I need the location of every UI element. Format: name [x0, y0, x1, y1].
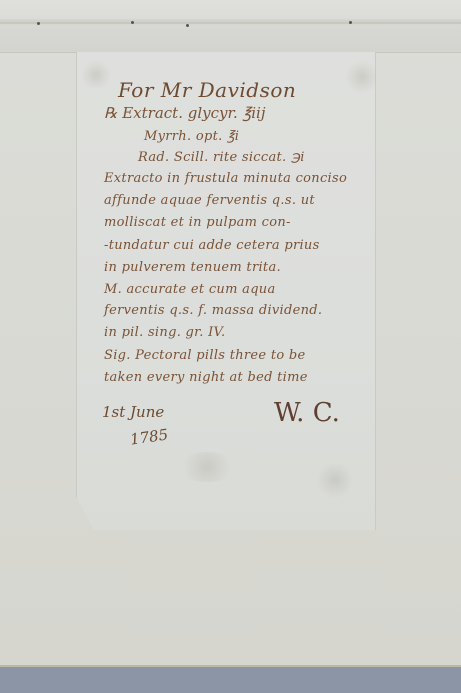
instruction-line: ferventis q.s. f. massa dividend.: [104, 303, 322, 318]
pin-hole: [186, 24, 189, 27]
pin-hole: [131, 21, 134, 24]
heading: For Mr Davidson: [118, 78, 296, 102]
stain: [81, 60, 111, 90]
instruction-line: molliscat et in pulpam con-: [104, 215, 291, 230]
fold-line: [0, 22, 461, 24]
instruction-line: Extracto in frustula minuta conciso: [104, 171, 347, 186]
ingredient-line: Myrrh. opt. ℥i: [144, 129, 239, 144]
pin-hole: [349, 21, 352, 24]
signature: W. C.: [274, 398, 340, 428]
ingredient-line: Extract. glycyr. ℥iij: [122, 104, 265, 122]
stain: [345, 60, 379, 94]
signa-line: taken every night at bed time: [104, 370, 308, 385]
backing-board: [0, 665, 461, 693]
rx-line: ℞ Extract. glycyr. ℥iij: [104, 104, 265, 122]
top-fold: [0, 0, 461, 53]
signa-line: Sig. Pectoral pills three to be: [104, 348, 306, 363]
date-day: 1st June: [102, 403, 164, 421]
stain: [177, 452, 237, 482]
instruction-line: M. accurate et cum aqua: [104, 282, 276, 297]
instruction-line: -tundatur cui adde cetera prius: [104, 238, 320, 253]
pin-hole: [37, 22, 40, 25]
rx-symbol: ℞: [104, 104, 117, 122]
stain: [317, 462, 353, 498]
instruction-line: affunde aquae ferventis q.s. ut: [104, 193, 315, 208]
instruction-line: in pulverem tenuem trita.: [104, 260, 281, 275]
ingredient-line: Rad. Scill. rite siccat. ℈i: [138, 150, 305, 165]
instruction-line: in pil. sing. gr. IV.: [104, 325, 225, 340]
